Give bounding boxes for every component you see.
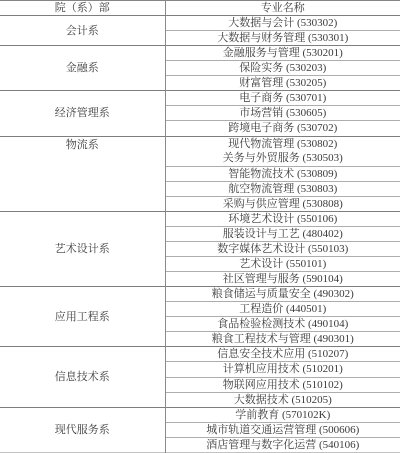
major-cell: 金融服务与管理 (530201) [165,46,400,61]
major-cell: 现代物流管理 (530802) [165,136,400,151]
table-row: 物流系现代物流管理 (530802) [0,136,400,151]
table-row: 信息技术系信息安全技术应用 (510207) [0,347,400,362]
major-cell: 艺术设计 (550101) [165,257,400,272]
major-cell: 信息安全技术应用 (510207) [165,347,400,362]
major-cell: 服装设计与工艺 (480402) [165,226,400,241]
table-row: 艺术设计系环境艺术设计 (550106) [0,211,400,226]
table-body: 会计系大数据与会计 (530302)大数据与财务管理 (530301)金融系金融… [0,16,400,453]
major-cell: 航空物流管理 (530803) [165,181,400,196]
major-cell: 粮食储运与质量安全 (490302) [165,287,400,302]
table-row: 经济管理系电子商务 (530701) [0,91,400,106]
department-cell: 信息技术系 [0,347,165,407]
table-row: 金融系金融服务与管理 (530201) [0,46,400,61]
major-cell: 酒店管理与数字化运营 (540106) [165,437,400,452]
major-cell: 关务与外贸服务 (530503) [165,151,400,166]
department-cell: 金融系 [0,46,165,91]
major-cell: 工程造价 (440501) [165,302,400,317]
department-cell: 会计系 [0,16,165,46]
major-cell: 电子商务 (530701) [165,91,400,106]
department-cell: 经济管理系 [0,91,165,136]
major-cell: 保险实务 (530203) [165,61,400,76]
table-row: 应用工程系粮食储运与质量安全 (490302) [0,287,400,302]
header-row: 院（系）部 专业名称 [0,1,400,16]
major-cell: 市场营销 (530605) [165,106,400,121]
table-row: 现代服务系学前教育 (570102K) [0,407,400,422]
major-cell: 社区管理与服务 (590104) [165,272,400,287]
major-cell: 粮食工程技术与管理 (490301) [165,332,400,347]
major-cell: 采购与供应管理 (530808) [165,196,400,211]
major-cell: 数字媒体艺术设计 (550103) [165,241,400,256]
major-cell: 计算机应用技术 (510201) [165,362,400,377]
department-cell: 现代服务系 [0,407,165,452]
department-cell: 物流系 [0,136,165,211]
major-cell: 物联网应用技术 (510102) [165,377,400,392]
departments-majors-table: 院（系）部 专业名称 会计系大数据与会计 (530302)大数据与财务管理 (5… [0,0,400,453]
major-cell: 智能物流技术 (530809) [165,166,400,181]
department-cell: 应用工程系 [0,287,165,347]
major-cell: 大数据与财务管理 (530301) [165,31,400,46]
major-cell: 环境艺术设计 (550106) [165,211,400,226]
major-cell: 财富管理 (530205) [165,76,400,91]
major-cell: 学前教育 (570102K) [165,407,400,422]
major-cell: 食品检验检测技术 (490104) [165,317,400,332]
column-header-major: 专业名称 [165,1,400,16]
table-row: 会计系大数据与会计 (530302) [0,16,400,31]
major-cell: 城市轨道交通运营管理 (500606) [165,422,400,437]
major-cell: 大数据与会计 (530302) [165,16,400,31]
major-cell: 跨境电子商务 (530702) [165,121,400,136]
document-page: 院（系）部 专业名称 会计系大数据与会计 (530302)大数据与财务管理 (5… [0,0,400,453]
major-cell: 大数据技术 (510205) [165,392,400,407]
column-header-department: 院（系）部 [0,1,165,16]
department-cell: 艺术设计系 [0,211,165,286]
